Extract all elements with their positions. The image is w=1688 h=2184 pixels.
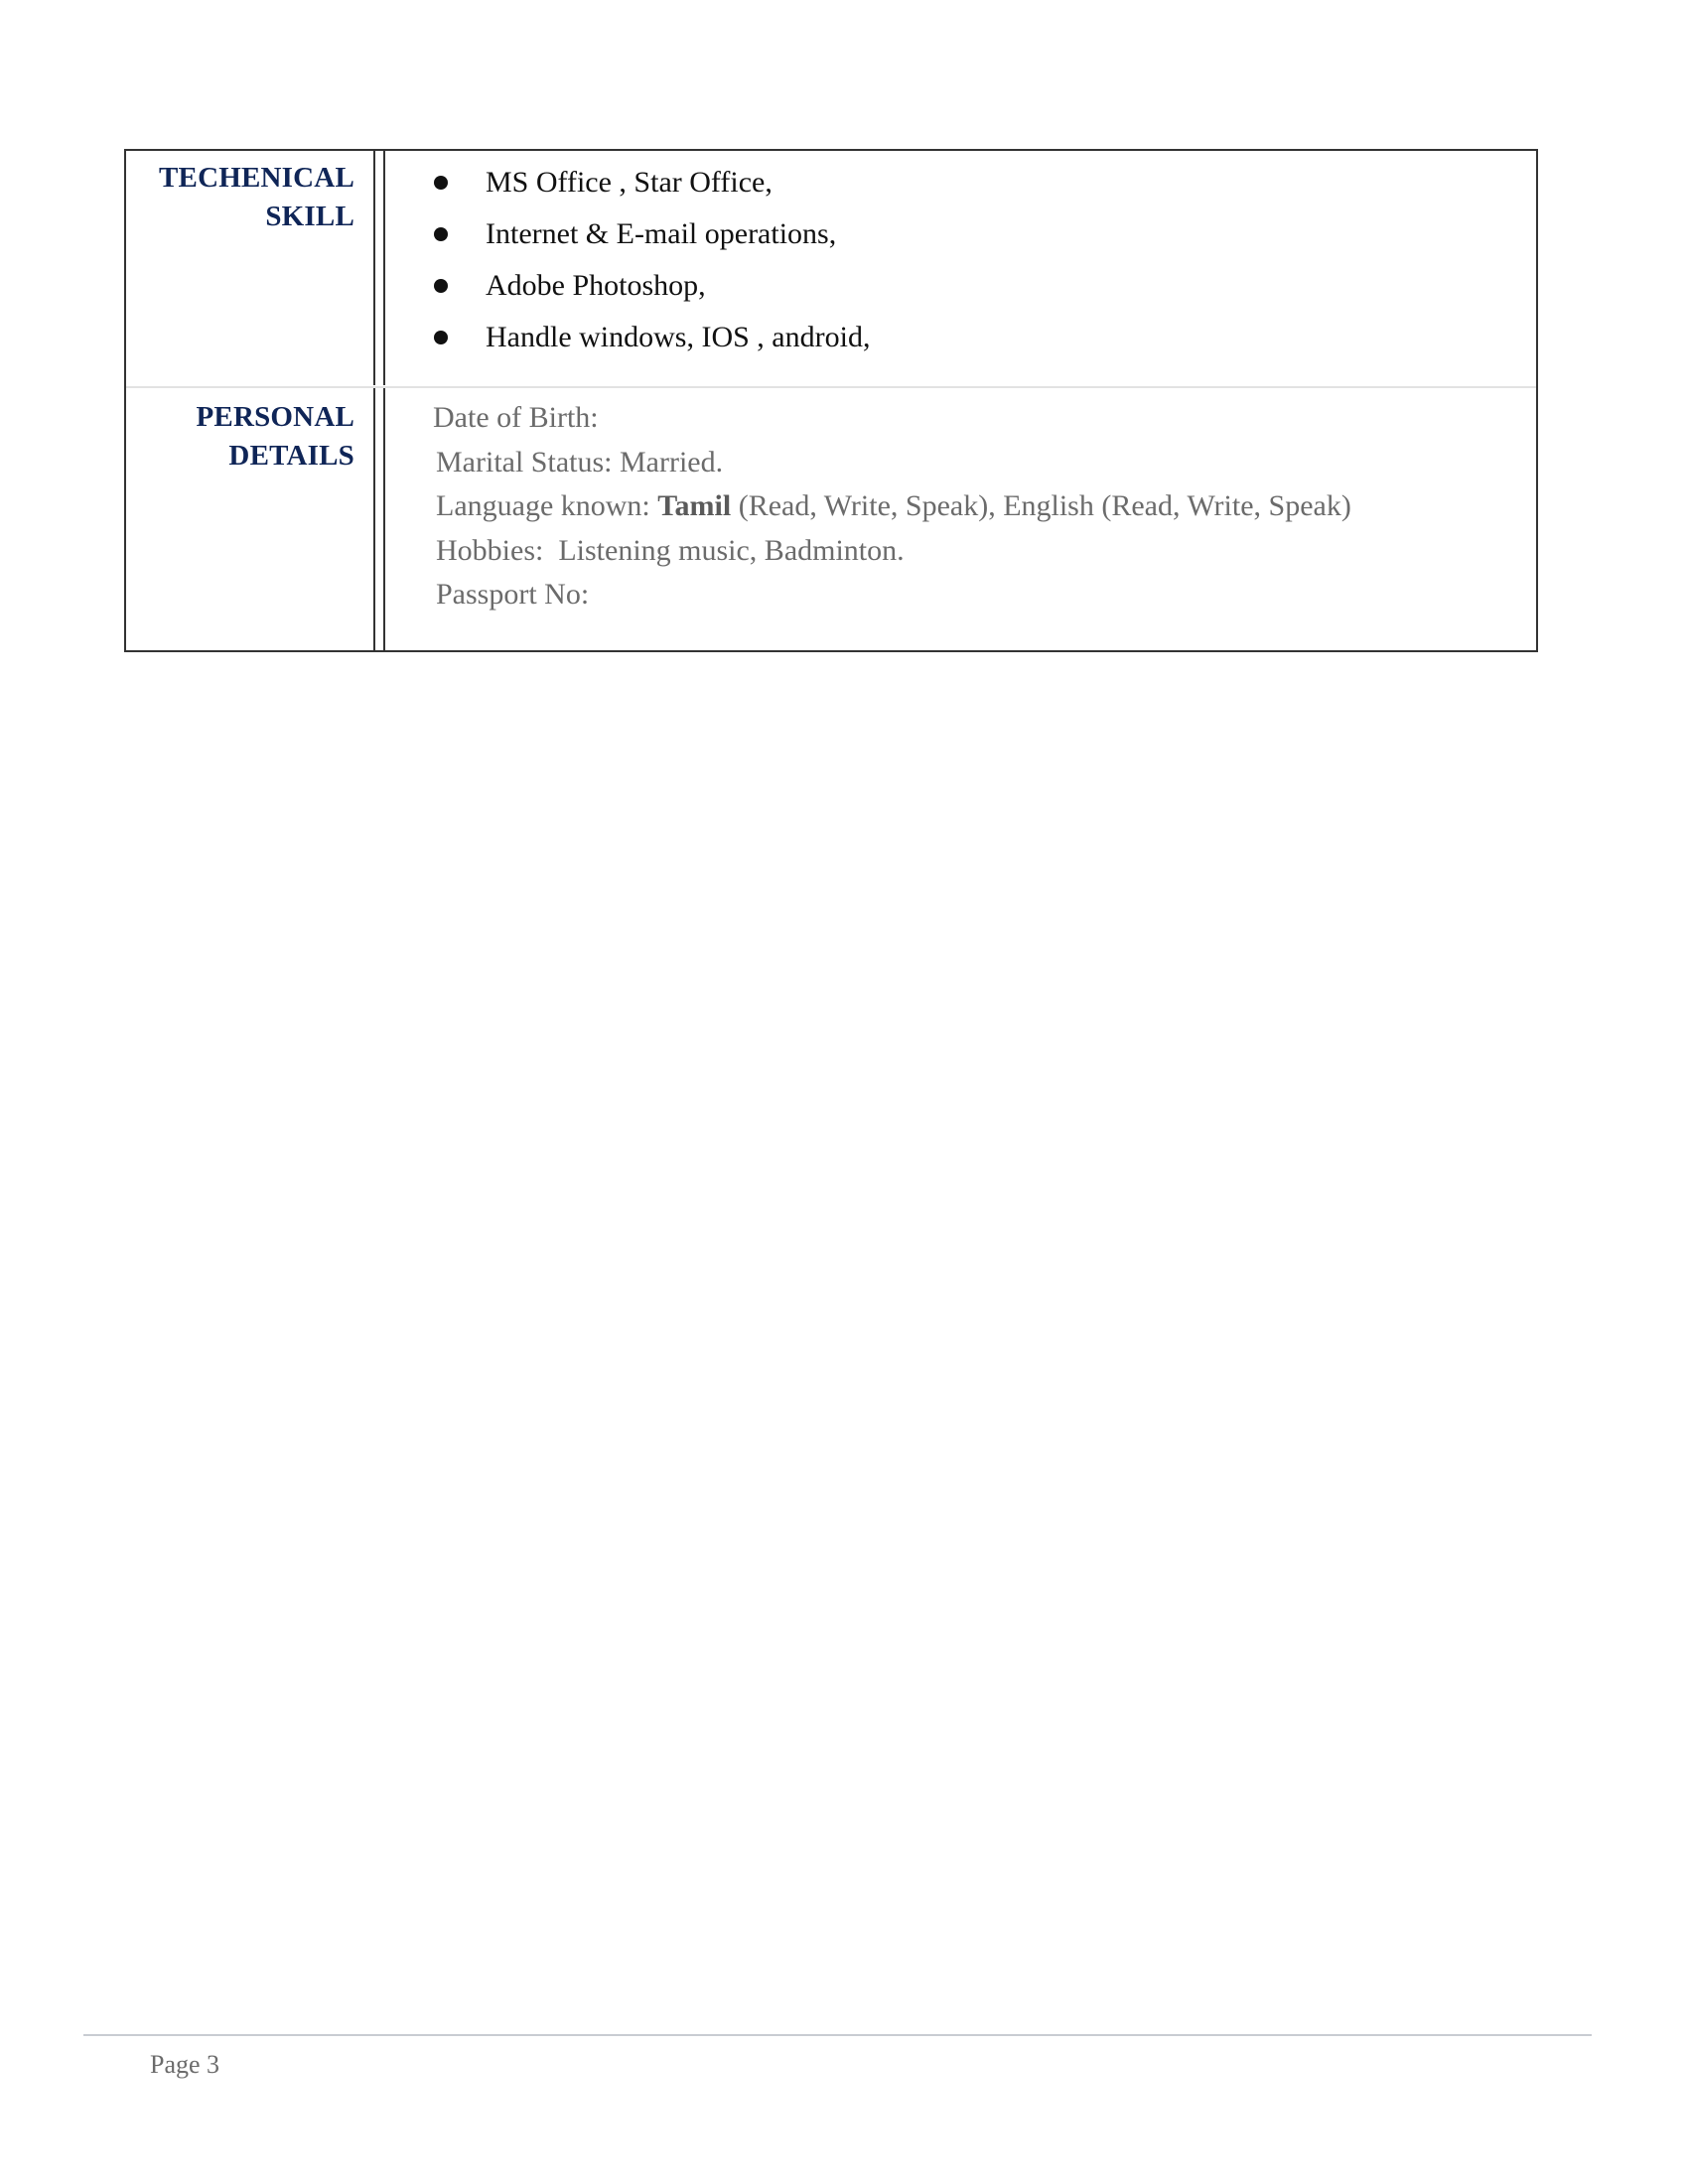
footer-divider bbox=[83, 2034, 1592, 2036]
column-divider bbox=[373, 151, 375, 385]
skill-item: Handle windows, IOS , android, bbox=[434, 312, 870, 363]
skill-item: Internet & E-mail operations, bbox=[434, 208, 870, 260]
personal-details-heading: PERSONAL DETAILS bbox=[126, 398, 354, 476]
marital-status: Marital Status: Married. bbox=[433, 441, 1351, 485]
skill-text: Handle windows, IOS , android, bbox=[486, 321, 870, 353]
heading-line: DETAILS bbox=[126, 437, 354, 476]
secondary-language: English (Read, Write, Speak) bbox=[1003, 489, 1351, 522]
languages-known: Language known: Tamil (Read, Write, Spea… bbox=[433, 484, 1351, 529]
hobbies-label: Hobbies: bbox=[436, 534, 543, 567]
heading-line: TECHENICAL bbox=[126, 159, 354, 198]
bullet-icon bbox=[434, 279, 448, 293]
date-of-birth-label: Date of Birth: bbox=[433, 401, 599, 434]
passport-label: Passport No: bbox=[436, 578, 589, 611]
passport-number: Passport No: bbox=[433, 573, 1351, 617]
column-divider bbox=[383, 388, 385, 650]
resume-table: TECHENICAL SKILL MS Office , Star Office… bbox=[124, 149, 1538, 652]
languages-label: Language known: bbox=[436, 489, 650, 522]
bullet-icon bbox=[434, 176, 448, 190]
column-divider bbox=[383, 151, 385, 385]
bullet-icon bbox=[434, 227, 448, 241]
heading-line: PERSONAL bbox=[126, 398, 354, 437]
skill-item: Adobe Photoshop, bbox=[434, 260, 870, 312]
skill-text: Internet & E-mail operations, bbox=[486, 217, 836, 250]
hobbies-value: Listening music, Badminton. bbox=[558, 534, 904, 567]
marital-status-value: Married. bbox=[620, 446, 723, 478]
primary-language: Tamil bbox=[657, 489, 731, 522]
bullet-icon bbox=[434, 331, 448, 344]
personal-details-list: Date of Birth: Marital Status: Married. … bbox=[433, 396, 1351, 617]
personal-details-row: PERSONAL DETAILS Date of Birth: Marital … bbox=[126, 386, 1536, 650]
skill-list: MS Office , Star Office, Internet & E-ma… bbox=[434, 157, 870, 363]
skill-item: MS Office , Star Office, bbox=[434, 157, 870, 208]
date-of-birth: Date of Birth: bbox=[433, 396, 1351, 441]
heading-line: SKILL bbox=[126, 198, 354, 236]
page-number: Page 3 bbox=[150, 2047, 219, 2083]
technical-skill-heading: TECHENICAL SKILL bbox=[126, 159, 354, 236]
technical-skill-row: TECHENICAL SKILL MS Office , Star Office… bbox=[126, 151, 1536, 385]
primary-language-detail: (Read, Write, Speak), bbox=[739, 489, 996, 522]
column-divider bbox=[373, 388, 375, 650]
skill-text: Adobe Photoshop, bbox=[486, 269, 706, 302]
marital-status-label: Marital Status: bbox=[436, 446, 612, 478]
skill-text: MS Office , Star Office, bbox=[486, 166, 773, 199]
hobbies: Hobbies: Listening music, Badminton. bbox=[433, 529, 1351, 574]
